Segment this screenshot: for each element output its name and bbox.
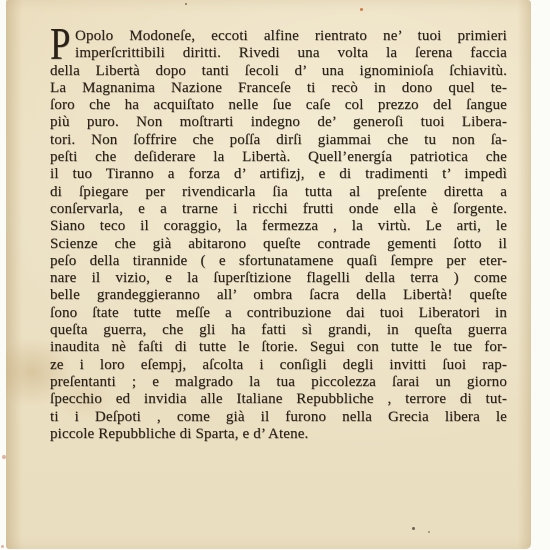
text-line: imperſcrittibili diritti. Rivedi una vol… [50, 45, 507, 62]
text-line: queſta guerra, che gli ha fatti sì grand… [50, 322, 507, 339]
text-line: peſo della tirannide ( e sfortunatamene … [50, 253, 507, 270]
text-line: conſervarla, e a trarne i ricchi frutti … [50, 201, 507, 218]
text-line: della Libertà dopo tanti ſecoli d’ una i… [50, 63, 507, 80]
text-line: più puro. Non moſtrarti indegno de’ gene… [50, 114, 507, 131]
text-line: Siano teco il coraggio, la fermezza , la… [50, 218, 507, 235]
drop-cap-initial: P [50, 21, 71, 67]
text-line: di ſpiegare per rivendicarla ſia tutta a… [50, 184, 507, 201]
text-line: Opolo Modoneſe, eccoti alfine rientrato … [50, 28, 507, 45]
text-line: peſti che deſiderare la Libertà. Quell’e… [50, 149, 507, 166]
text-line: nare il vizio, e la ſuperſtizione flagel… [50, 270, 507, 287]
text-line: tori. Non ſoffrire che poſſa dirſi giamm… [50, 132, 507, 149]
book-page: P Opolo Modoneſe, eccoti alfine rientrat… [6, 0, 531, 549]
paragraph: Opolo Modoneſe, eccoti alfine rientrato … [50, 28, 507, 443]
page-text-block: P Opolo Modoneſe, eccoti alfine rientrat… [50, 28, 507, 443]
text-line: La Magnanima Nazione Franceſe ti recò in… [50, 80, 507, 97]
text-line: ſono ſtate tutte meſſe a contribuzione d… [50, 305, 507, 322]
text-line: belle grandeggieranno all’ ombra ſacra d… [50, 287, 507, 304]
text-line: inaudita nè faſti di tutte le ſtorie. Se… [50, 339, 507, 356]
text-line: piccole Repubbliche di Sparta, e d’ Aten… [50, 426, 507, 443]
text-line: ti i Deſpoti , come già il furono nella … [50, 409, 507, 426]
text-line: il tuo Tiranno a forza d’ artifizj, e di… [50, 166, 507, 183]
text-line: ſoro che ha acquiſtato nelle ſue caſe co… [50, 97, 507, 114]
text-line: ſpecchio ed invidia alle Italiane Repubb… [50, 391, 507, 408]
paper-speck [1, 545, 4, 548]
text-line: preſentanti ; e malgrado la tua piccolez… [50, 374, 507, 391]
text-line: Scienze che già abitarono queſte contrad… [50, 236, 507, 253]
text-line: ze i loro eſempj, aſcolta i conſigli deg… [50, 357, 507, 374]
